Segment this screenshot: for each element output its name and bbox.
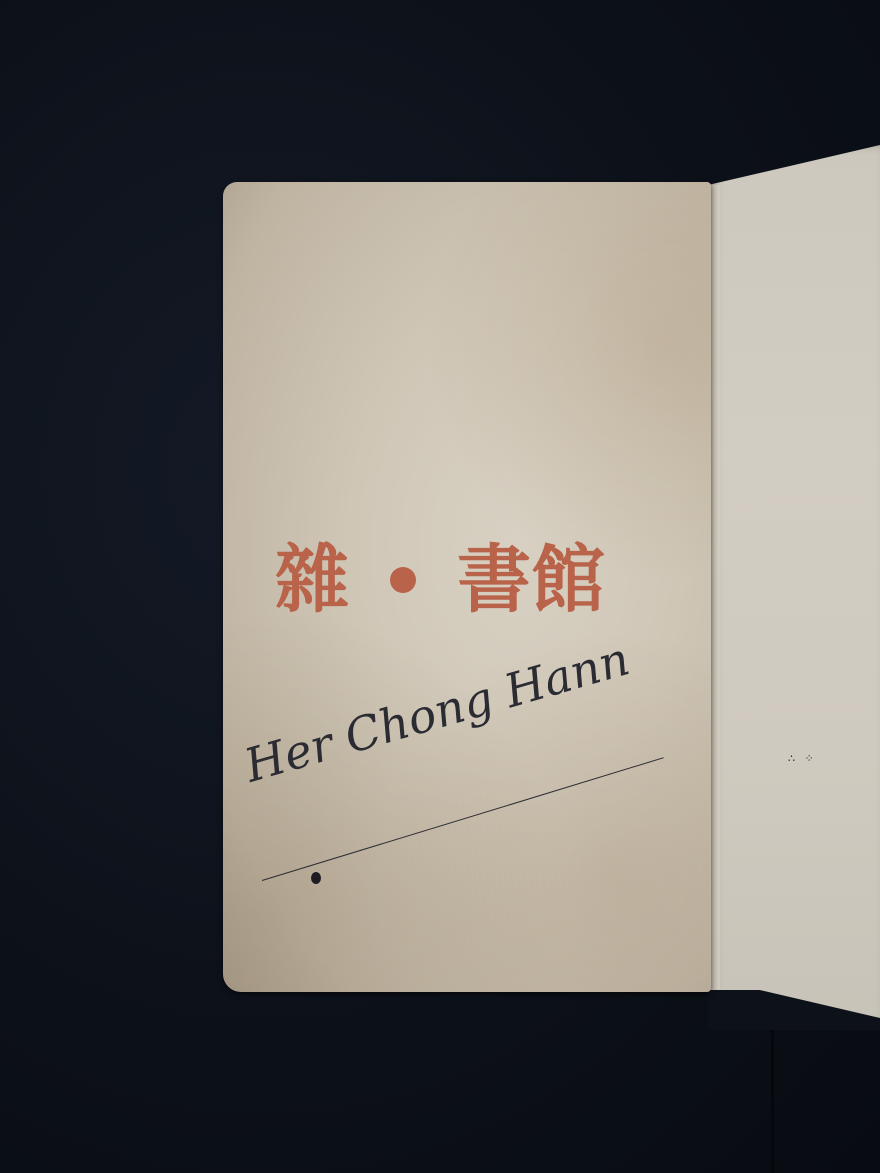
ink-blot <box>311 872 321 884</box>
facing-page <box>708 145 880 1025</box>
watermark-stamp: 雜 書館 <box>275 530 605 630</box>
watermark-dot-icon <box>390 567 416 593</box>
watermark-left-char: 雜 <box>275 543 349 617</box>
watermark-right-chars: 書館 <box>457 543 605 617</box>
ink-smudge-marks: ∴ ⁘ <box>788 752 828 770</box>
background-seam <box>771 1005 774 1173</box>
